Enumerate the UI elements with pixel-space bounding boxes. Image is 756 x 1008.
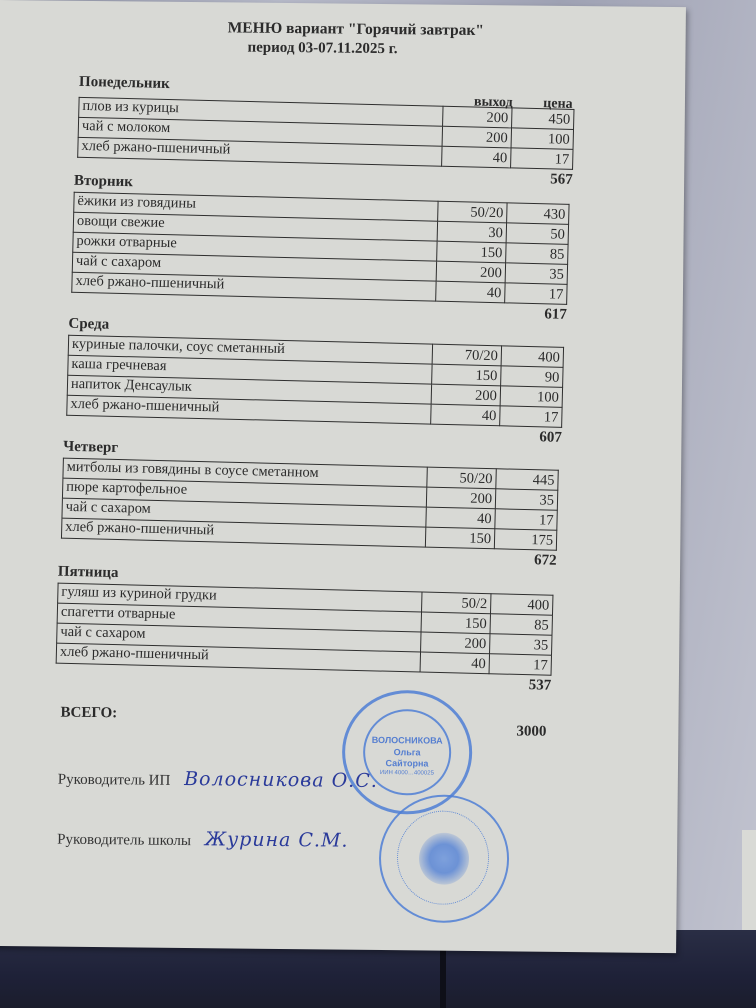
price-cell: 100 — [511, 128, 573, 150]
price-cell: 400 — [490, 594, 552, 616]
day-section: Понедельниквыходценаплов из курицы200450… — [77, 73, 579, 189]
output-cell: 150 — [432, 364, 501, 386]
signature-label: Руководитель школы — [57, 832, 191, 849]
price-cell: 445 — [496, 469, 558, 491]
price-cell: 17 — [500, 406, 562, 428]
price-cell: 50 — [506, 223, 568, 245]
price-cell: 85 — [506, 243, 568, 265]
menu-sheet: МЕНЮ вариант "Горячий завтрак" период 03… — [0, 0, 686, 953]
price-cell: 100 — [500, 386, 562, 408]
price-cell: 85 — [490, 614, 552, 636]
output-cell: 200 — [426, 487, 495, 509]
day-section: Четвергмитболы из говядины в соусе смета… — [60, 438, 563, 570]
price-cell: 35 — [495, 489, 557, 511]
price-cell: 35 — [490, 634, 552, 656]
stamp-name: ВОЛОСНИКОВА — [345, 735, 469, 746]
output-cell: 70/20 — [432, 344, 501, 366]
output-cell: 200 — [421, 632, 490, 654]
menu-table: куриные палочки, соус сметанный70/20400к… — [66, 335, 564, 428]
grand-total-label: ВСЕГО: — [60, 705, 117, 723]
menu-title: МЕНЮ вариант "Горячий завтрак" — [228, 19, 484, 40]
menu-period: период 03-07.11.2025 г. — [247, 40, 397, 59]
output-cell: 200 — [431, 384, 500, 406]
price-cell: 17 — [511, 148, 573, 170]
output-cell: 150 — [421, 612, 490, 634]
price-cell: 17 — [505, 283, 567, 305]
output-cell: 50/20 — [427, 467, 496, 489]
column-headers: выходцена — [444, 94, 572, 113]
output-cell: 40 — [442, 146, 511, 168]
signature-row-school: Руководитель школы Журина С.М. — [57, 827, 349, 852]
emblem-icon — [419, 832, 470, 885]
stamp-id: ИИН 4000…400025 — [345, 770, 469, 777]
price-cell: 17 — [489, 654, 551, 676]
output-cell: 40 — [436, 281, 505, 303]
price-cell: 430 — [507, 203, 569, 225]
output-cell: 200 — [442, 126, 511, 148]
signature-row-ip: Руководитель ИП Волосникова О.С. — [58, 767, 378, 792]
day-section: Средакуриные палочки, соус сметанный70/2… — [66, 315, 569, 447]
output-cell: 30 — [437, 221, 506, 243]
output-cell: 40 — [431, 404, 500, 426]
output-cell: 40 — [420, 652, 489, 674]
signature-label: Руководитель ИП — [58, 772, 171, 789]
menu-table: митболы из говядины в соусе сметанном50/… — [61, 458, 559, 551]
output-cell: 50/2 — [422, 592, 491, 614]
column-header-price: цена — [516, 96, 572, 113]
menu-table: ёжики из говядины50/20430овощи свежие305… — [71, 192, 569, 305]
handwritten-signature: Журина С.М. — [205, 828, 349, 852]
price-cell: 400 — [501, 346, 563, 368]
price-cell: 35 — [505, 263, 567, 285]
stamp-first-name: Ольга — [345, 747, 469, 758]
grand-total-value: 3000 — [516, 723, 546, 740]
column-header-output: выход — [444, 94, 512, 112]
stamp-middle-name: Сайторна — [345, 758, 469, 769]
output-cell: 40 — [426, 507, 495, 529]
day-section: Пятницагуляш из куриной грудки50/2400спа… — [55, 563, 558, 695]
output-cell: 50/20 — [438, 201, 507, 223]
price-cell: 175 — [494, 529, 556, 551]
adjacent-paper-edge — [742, 830, 756, 930]
price-cell: 90 — [501, 366, 563, 388]
output-cell: 200 — [436, 261, 505, 283]
price-cell: 17 — [495, 509, 557, 531]
stamp-school-emblem — [378, 794, 509, 923]
output-cell: 150 — [425, 527, 494, 549]
menu-table: гуляш из куриной грудки50/2400спагетти о… — [56, 583, 554, 676]
day-section: Вторникёжики из говядины50/20430овощи св… — [71, 172, 574, 324]
output-cell: 150 — [437, 241, 506, 263]
